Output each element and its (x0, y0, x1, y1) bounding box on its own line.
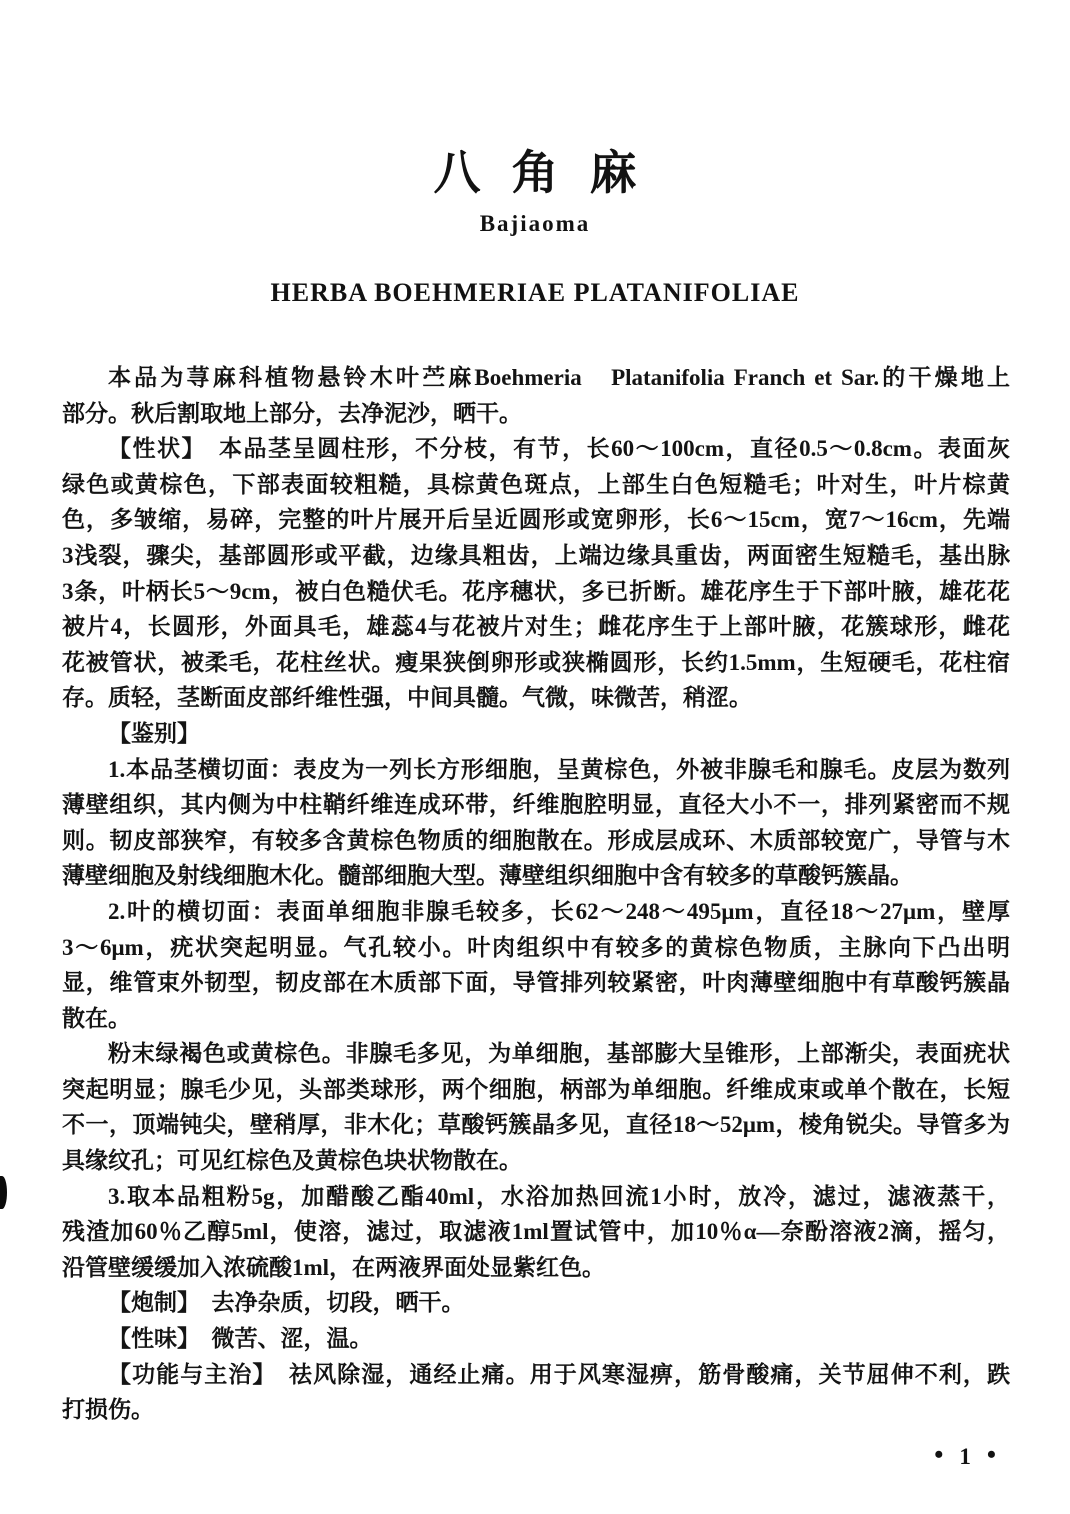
text-line: 存。质轻，茎断面皮部纤维性强，中间具髓。气微，味微苦，稍涩。 (62, 680, 1010, 716)
page-number: 1 (959, 1444, 971, 1469)
text-line: 花被管状，被柔毛，花柱丝状。瘦果狭倒卵形或狭椭圆形，长约1.5mm，生短硬毛，花… (62, 645, 1010, 681)
text-line: 散在。 (62, 1001, 1010, 1037)
text-line: 【炮制】 去净杂质，切段，晒干。 (62, 1285, 1010, 1321)
scan-artifact-blob (0, 1176, 7, 1209)
text-line: 2.叶的横切面：表面单细胞非腺毛较多，长62～248～495μm，直径18～27… (62, 894, 1010, 930)
text-line: 3条，叶柄长5～9cm，被白色糙伏毛。花序穗状，多已折断。雄花序生于下部叶腋，雄… (62, 574, 1010, 610)
text-line: 1.本品茎横切面：表皮为一列长方形细胞，呈黄棕色，外被非腺毛和腺毛。皮层为数列 (62, 752, 1010, 788)
text-line: 3.取本品粗粉5g，加醋酸乙酯40ml，水浴加热回流1小时，放冷，滤过，滤液蒸干… (62, 1179, 1010, 1215)
text-line: 绿色或黄棕色，下部表面较粗糙，具棕黄色斑点，上部生白色短糙毛；叶对生，叶片棕黄 (62, 467, 1010, 503)
body-text: 本品为荨麻科植物悬铃木叶苎麻Boehmeria Platanifolia Fra… (62, 360, 1010, 1428)
text-line: 本品为荨麻科植物悬铃木叶苎麻Boehmeria Platanifolia Fra… (62, 360, 1010, 396)
title-pinyin: Bajiaoma (0, 211, 1070, 237)
text-line: 沿管壁缓缓加入浓硫酸1ml，在两液界面处显紫红色。 (62, 1250, 1010, 1286)
title-latin: HERBA BOEHMERIAE PLATANIFOLIAE (0, 278, 1070, 308)
text-line: 【性状】 本品茎呈圆柱形，不分枝，有节，长60～100cm，直径0.5～0.8c… (62, 431, 1010, 467)
text-line: 3～6μm，疣状突起明显。气孔较小。叶肉组织中有较多的黄棕色物质，主脉向下凸出明 (62, 930, 1010, 966)
text-line: 【功能与主治】 祛风除湿，通经止痛。用于风寒湿痹，筋骨酸痛，关节屈伸不利，跌 (62, 1357, 1010, 1393)
text-line: 薄壁组织，其内侧为中柱鞘纤维连成环带，纤维胞腔明显，直径大小不一，排列紧密而不规 (62, 787, 1010, 823)
text-line: 【鉴别】 (62, 716, 1010, 752)
text-line: 显，维管束外韧型，韧皮部在木质部下面，导管排列较紧密，叶肉薄壁细胞中有草酸钙簇晶 (62, 965, 1010, 1001)
text-line: 粉末绿褐色或黄棕色。非腺毛多见，为单细胞，基部膨大呈锥形，上部渐尖，表面疣状 (62, 1036, 1010, 1072)
text-line: 薄壁细胞及射线细胞木化。髓部细胞大型。薄壁组织细胞中含有较多的草酸钙簇晶。 (62, 858, 1010, 894)
footer-dot-right: • (987, 1440, 996, 1469)
document-page: 八角麻 Bajiaoma HERBA BOEHMERIAE PLATANIFOL… (0, 0, 1070, 1514)
text-line: 残渣加60％乙醇5ml，使溶，滤过，取滤液1ml置试管中，加10％α—奈酚溶液2… (62, 1214, 1010, 1250)
text-line: 具缘纹孔；可见红棕色及黄棕色块状物散在。 (62, 1143, 1010, 1179)
page-title: 八角麻 (0, 136, 1070, 203)
footer-dot-left: • (934, 1440, 943, 1469)
text-line: 则。韧皮部狭窄，有较多含黄棕色物质的细胞散在。形成层成环、木质部较宽广，导管与木 (62, 823, 1010, 859)
text-line: 3浅裂，骤尖，基部圆形或平截，边缘具粗齿，上端边缘具重齿，两面密生短糙毛，基出脉 (62, 538, 1010, 574)
text-line: 被片4，长圆形，外面具毛，雄蕊4与花被片对生；雌花序生于上部叶腋，花簇球形，雌花 (62, 609, 1010, 645)
text-line: 不一，顶端钝尖，壁稍厚，非木化；草酸钙簇晶多见，直径18～52μm，棱角锐尖。导… (62, 1107, 1010, 1143)
text-line: 【性味】 微苦、涩，温。 (62, 1321, 1010, 1357)
text-line: 部分。秋后割取地上部分，去净泥沙，晒干。 (62, 396, 1010, 432)
text-line: 打损伤。 (62, 1392, 1010, 1428)
text-line: 突起明显；腺毛少见，头部类球形，两个细胞，柄部为单细胞。纤维成束或单个散在，长短 (62, 1072, 1010, 1108)
text-line: 色，多皱缩，易碎，完整的叶片展开后呈近圆形或宽卵形，长6～15cm，宽7～16c… (62, 502, 1010, 538)
page-footer: •1• (934, 1440, 996, 1470)
